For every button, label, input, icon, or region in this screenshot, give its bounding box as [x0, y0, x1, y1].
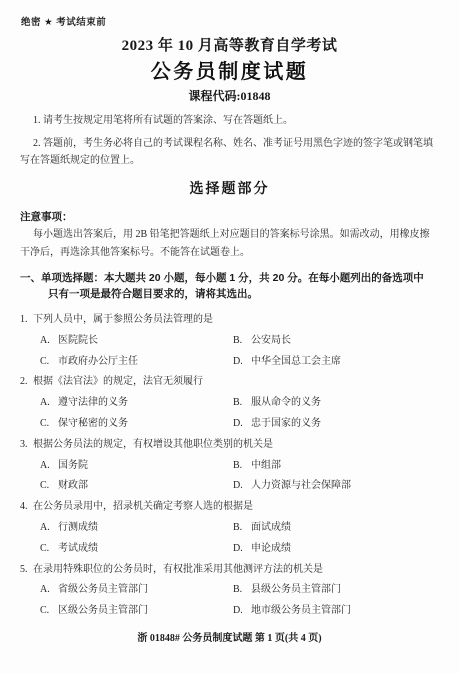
option-b: B.服从命令的义务	[233, 393, 443, 414]
option-text: 中组部	[251, 460, 281, 471]
question-5: 5.在录用特殊职位的公务员时，有权批准采用其他测评方法的机关是 A.省级公务员主…	[20, 560, 443, 622]
option-label: A.	[40, 456, 58, 477]
question-number: 4.	[20, 497, 33, 518]
exam-paper-page: 绝密 ★ 考试结束前 2023 年 10 月高等教育自学考试 公务员制度试题 课…	[0, 0, 459, 674]
option-label: A.	[40, 580, 58, 601]
option-text: 公安局长	[251, 335, 291, 346]
option-label: C.	[40, 601, 58, 622]
option-label: C.	[40, 539, 58, 560]
notes-text: 每小题选出答案后，用 2B 铅笔把答题纸上对应题目的答案标号涂黑。如需改动，用橡…	[20, 226, 437, 262]
option-d: D.人力资源与社会保障部	[233, 476, 443, 497]
option-label: A.	[40, 518, 58, 539]
option-text: 行测成绩	[58, 522, 98, 533]
question-3-options: A.国务院 B.中组部 C.财政部 D.人力资源与社会保障部	[20, 456, 443, 498]
option-text: 考试成绩	[58, 543, 98, 554]
question-3: 3.根据公务员法的规定，有权增设其他职位类别的机关是 A.国务院 B.中组部 C…	[20, 435, 443, 497]
question-4-stem: 4.在公务员录用中，招录机关确定考察人选的根据是	[20, 497, 443, 518]
question-number: 1.	[20, 310, 33, 331]
option-a: A.省级公务员主管部门	[40, 580, 233, 601]
option-c: C.区级公务员主管部门	[40, 601, 233, 622]
question-stem-text: 根据公务员法的规定，有权增设其他职位类别的机关是	[33, 439, 273, 450]
option-text: 中华全国总工会主席	[251, 356, 341, 367]
option-label: B.	[233, 331, 251, 352]
option-text: 保守秘密的义务	[58, 418, 128, 429]
option-b: B.公安局长	[233, 331, 443, 352]
question-5-stem: 5.在录用特殊职位的公务员时，有权批准采用其他测评方法的机关是	[20, 560, 443, 581]
option-label: A.	[40, 331, 58, 352]
option-label: C.	[40, 352, 58, 373]
option-label: D.	[233, 601, 251, 622]
option-text: 面试成绩	[251, 522, 291, 533]
question-2-stem: 2.根据《法官法》的规定，法官无须履行	[20, 372, 443, 393]
option-label: B.	[233, 518, 251, 539]
instruction-2: 2. 答题前，考生务必将自己的考试课程名称、姓名、准考证号用黑色字迹的签字笔或钢…	[20, 135, 437, 170]
option-text: 省级公务员主管部门	[58, 584, 148, 595]
question-4: 4.在公务员录用中，招录机关确定考察人选的根据是 A.行测成绩 B.面试成绩 C…	[20, 497, 443, 559]
paper-title: 公务员制度试题	[0, 55, 459, 84]
option-text: 遵守法律的义务	[58, 397, 128, 408]
option-label: B.	[233, 580, 251, 601]
option-text: 市政府办公厅主任	[58, 356, 138, 367]
option-b: B.面试成绩	[233, 518, 443, 539]
notes-label: 注意事项：	[20, 209, 73, 224]
question-3-stem: 3.根据公务员法的规定，有权增设其他职位类别的机关是	[20, 435, 443, 456]
option-text: 国务院	[58, 460, 88, 471]
option-text: 财政部	[58, 480, 88, 491]
question-stem-text: 下列人员中，属于参照公务员法管理的是	[33, 314, 213, 325]
question-stem-text: 在公务员录用中，招录机关确定考察人选的根据是	[33, 501, 253, 512]
option-d: D.中华全国总工会主席	[233, 352, 443, 373]
part-one-heading: 一、单项选择题：本大题共 20 小题，每小题 1 分，共 20 分。在每小题列出…	[20, 271, 433, 302]
option-label: D.	[233, 476, 251, 497]
option-label: B.	[233, 456, 251, 477]
option-c: C.考试成绩	[40, 539, 233, 560]
option-a: A.行测成绩	[40, 518, 233, 539]
option-label: B.	[233, 393, 251, 414]
option-d: D.申论成绩	[233, 539, 443, 560]
question-1: 1.下列人员中，属于参照公务员法管理的是 A.医院院长 B.公安局长 C.市政府…	[20, 310, 443, 372]
option-text: 地市级公务员主管部门	[251, 605, 351, 616]
option-text: 服从命令的义务	[251, 397, 321, 408]
option-label: C.	[40, 476, 58, 497]
question-2-options: A.遵守法律的义务 B.服从命令的义务 C.保守秘密的义务 D.忠于国家的义务	[20, 393, 443, 435]
option-a: A.国务院	[40, 456, 233, 477]
question-stem-text: 在录用特殊职位的公务员时，有权批准采用其他测评方法的机关是	[33, 564, 323, 575]
question-4-options: A.行测成绩 B.面试成绩 C.考试成绩 D.申论成绩	[20, 518, 443, 560]
option-d: D.忠于国家的义务	[233, 414, 443, 435]
exam-instructions: 1. 请考生按规定用笔将所有试题的答案涂、写在答题纸上。 2. 答题前，考生务必…	[20, 112, 437, 170]
question-stem-text: 根据《法官法》的规定，法官无须履行	[33, 376, 203, 387]
classification-marking: 绝密 ★ 考试结束前	[21, 14, 106, 28]
question-1-options: A.医院院长 B.公安局长 C.市政府办公厅主任 D.中华全国总工会主席	[20, 331, 443, 373]
option-d: D.地市级公务员主管部门	[233, 601, 443, 622]
option-text: 县级公务员主管部门	[251, 584, 341, 595]
question-1-stem: 1.下列人员中，属于参照公务员法管理的是	[20, 310, 443, 331]
option-b: B.中组部	[233, 456, 443, 477]
question-number: 5.	[20, 560, 33, 581]
option-text: 忠于国家的义务	[251, 418, 321, 429]
page-footer: 浙 01848# 公务员制度试题 第 1 页(共 4 页)	[0, 629, 459, 644]
question-number: 3.	[20, 435, 33, 456]
option-label: C.	[40, 414, 58, 435]
option-c: C.保守秘密的义务	[40, 414, 233, 435]
option-c: C.财政部	[40, 476, 233, 497]
option-a: A.遵守法律的义务	[40, 393, 233, 414]
course-code: 课程代码:01848	[0, 87, 459, 104]
option-text: 申论成绩	[251, 543, 291, 554]
option-a: A.医院院长	[40, 331, 233, 352]
question-2: 2.根据《法官法》的规定，法官无须履行 A.遵守法律的义务 B.服从命令的义务 …	[20, 372, 443, 434]
option-b: B.县级公务员主管部门	[233, 580, 443, 601]
option-text: 区级公务员主管部门	[58, 605, 148, 616]
option-label: A.	[40, 393, 58, 414]
question-5-options: A.省级公务员主管部门 B.县级公务员主管部门 C.区级公务员主管部门 D.地市…	[20, 580, 443, 622]
question-number: 2.	[20, 372, 33, 393]
instruction-1: 1. 请考生按规定用笔将所有试题的答案涂、写在答题纸上。	[20, 112, 437, 130]
option-text: 医院院长	[58, 335, 98, 346]
section-title: 选择题部分	[0, 178, 459, 198]
option-label: D.	[233, 352, 251, 373]
option-label: D.	[233, 539, 251, 560]
exam-session-title: 2023 年 10 月高等教育自学考试	[0, 34, 459, 55]
question-list: 1.下列人员中，属于参照公务员法管理的是 A.医院院长 B.公安局长 C.市政府…	[20, 310, 443, 622]
option-text: 人力资源与社会保障部	[251, 480, 351, 491]
option-label: D.	[233, 414, 251, 435]
option-c: C.市政府办公厅主任	[40, 352, 233, 373]
